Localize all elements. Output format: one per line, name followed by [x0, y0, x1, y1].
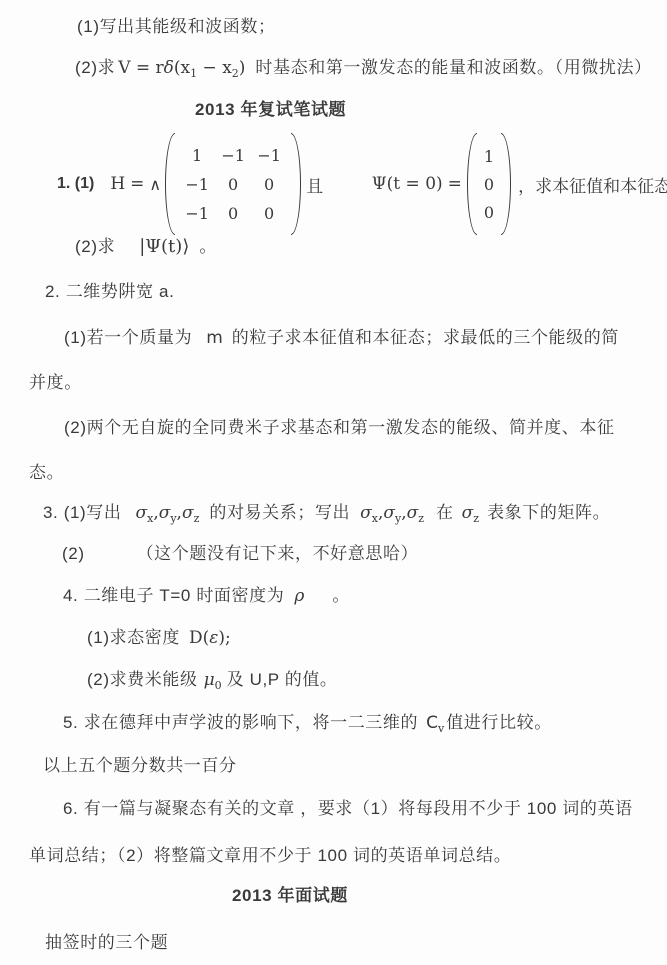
exam-notes-page: (1)写出其能级和波函数； (2)求V = rδ(x1 − x2)时基态和第一激…	[0, 0, 667, 965]
matrix-cell: 0	[264, 175, 274, 194]
q4-part1: (1)求态密度D(ε);	[87, 627, 231, 649]
q3-part2-note: （这个题没有记下来，不好意思哈）	[137, 544, 419, 563]
psi-t-ket: |Ψ(t)⟩	[139, 236, 189, 257]
epsilon-symbol: ε	[209, 628, 218, 648]
close-paren-semicolon: );	[218, 628, 230, 648]
equals-sign: =	[130, 174, 144, 194]
q3-label: 3. (1)写出	[43, 503, 121, 522]
sigma-x-symbol: σ	[135, 503, 147, 523]
q2-part1-text: (1)若一个质量为	[64, 328, 192, 347]
written-exam-title: 2013 年复试笔试题	[195, 99, 346, 121]
prev-question-part1: (1)写出其能级和波函数；	[77, 16, 276, 38]
density-of-states-D: D(	[189, 628, 209, 648]
q3-commutation-text: 的对易关系；写出	[209, 503, 350, 522]
q6-line2: 单词总结；（2）将整篇文章用不少于 100 词的英语单词总结。	[29, 845, 511, 867]
initial-state-vector: 1 0 0	[477, 147, 501, 222]
prev-question-part2: (2)求V = rδ(x1 − x2)时基态和第一激发态的能量和波函数。（用微扰…	[75, 57, 652, 85]
sub-v: v	[438, 722, 444, 735]
equals-sign: =	[448, 174, 462, 194]
mass-symbol: m	[206, 328, 223, 348]
q6-line1: 6. 有一篇与凝聚态有关的文章 ，要求（1）将每段用不少于 100 词的英语	[63, 798, 633, 820]
score-note: 以上五个题分数共一百分	[43, 755, 237, 777]
x1-term: (x	[174, 58, 190, 78]
close-paren: )	[239, 58, 246, 78]
q5-compare-text: 值进行比较。	[446, 713, 552, 732]
interview-exam-title: 2013 年面试题	[232, 885, 348, 907]
in-word: 在	[436, 503, 454, 522]
sigma-x-symbol: σ	[360, 503, 372, 523]
vector-right-paren	[501, 133, 511, 235]
sigma-y-symbol: σ	[383, 503, 395, 523]
sigma-z-symbol: σ	[182, 503, 194, 523]
matrix-cell: 1	[192, 146, 202, 165]
matrix-cell: −1	[221, 146, 245, 165]
q4-head-text: 4. 二维电子 T=0 时面密度为	[63, 586, 284, 605]
matrix-cell: −1	[185, 175, 209, 194]
q4-part1-text: (1)求态密度	[87, 628, 180, 647]
and-word: 且	[306, 172, 324, 197]
part2-text: 时基态和第一激发态的能量和波函数。（用微扰法）	[255, 58, 651, 77]
q2-head: 2. 二维势阱宽 a.	[45, 281, 174, 303]
sigma-z-symbol: σ	[407, 503, 419, 523]
q2-part1-rest: 的粒子求本征值和本征态；求最低的三个能级的简	[232, 328, 619, 347]
q4-part2-text: (2)求费米能级	[87, 670, 198, 689]
matrix-cell: 0	[228, 175, 238, 194]
q4-part2: (2)求费米能级μ0及 U,P 的值。	[87, 669, 338, 697]
matrix-cell: 0	[228, 204, 238, 223]
x2-subscript: 2	[232, 67, 239, 80]
sub-z: z	[194, 512, 200, 525]
vector-cell: 1	[484, 147, 494, 166]
vector-cell: 0	[484, 203, 494, 222]
mu-subscript-zero: 0	[215, 679, 222, 692]
q2-part2: (2)两个无自旋的全同费米子求基态和第一激发态的能级、简并度、本征	[64, 417, 615, 439]
potential-formula: V = r	[118, 58, 163, 78]
q3-part2: (2)（这个题没有记下来，不好意思哈）	[62, 543, 418, 565]
heat-capacity-C: C	[426, 713, 438, 733]
rho-symbol: ρ	[294, 586, 304, 606]
q3-part1: 3. (1)写出σx,σy,σz的对易关系；写出σx,σy,σz在σz表象下的矩…	[43, 502, 610, 530]
q2-part2-cont: 态。	[29, 462, 64, 484]
time-argument: (t = 0)	[387, 174, 443, 194]
minus-x2-term: − x	[197, 58, 232, 78]
lambda-wedge-symbol: ∧	[149, 175, 161, 194]
sub-z: z	[418, 512, 424, 525]
lottery-questions-line: 抽签时的三个题	[45, 932, 168, 954]
sub-z: z	[473, 512, 479, 525]
part2-label: (2)求	[75, 58, 115, 77]
q4-head: 4. 二维电子 T=0 时面密度为ρ。	[63, 585, 350, 607]
q3-part2-label: (2)	[62, 544, 85, 563]
psi-symbol: Ψ	[372, 174, 387, 194]
mu-symbol: μ	[204, 670, 215, 690]
hamiltonian-matrix: 1 −1 −1 −1 0 0 −1 0 0	[175, 146, 291, 223]
sigma-y-symbol: σ	[159, 503, 171, 523]
matrix-cell: −1	[185, 204, 209, 223]
q1-label: 1. (1)	[57, 175, 94, 193]
sigma-z-symbol: σ	[462, 503, 474, 523]
q1-hamiltonian-line: 1. (1) H = ∧ 1 −1 −1 −1 0 0 −1 0 0 且 Ψ (…	[57, 133, 667, 235]
delta-symbol: δ	[164, 58, 174, 78]
q5-text: 5. 求在德拜中声学波的影响下，将一二三维的Cv值进行比较。	[63, 712, 552, 740]
vector-cell: 0	[484, 175, 494, 194]
matrix-cell: −1	[257, 146, 281, 165]
q3-representation-text: 表象下的矩阵。	[487, 503, 610, 522]
matrix-cell: 0	[264, 204, 274, 223]
period: 。	[332, 586, 350, 605]
q2-part1-cont: 并度。	[29, 372, 82, 394]
q4-part2-rest: 及 U,P 的值。	[227, 670, 338, 689]
matrix-right-paren	[291, 133, 301, 235]
q1-task-text: ，求本征值和本征态。	[518, 172, 667, 197]
hamiltonian-symbol: H	[110, 174, 125, 194]
period: 。	[199, 237, 217, 256]
q2-part1: (1)若一个质量为m的粒子求本征值和本征态；求最低的三个能级的简	[64, 327, 619, 349]
q1-part2: (2)求|Ψ(t)⟩。	[75, 236, 217, 258]
vector-left-paren	[467, 133, 477, 235]
matrix-left-paren	[165, 133, 175, 235]
q1-part2-label: (2)求	[75, 237, 115, 256]
q5-main-text: 5. 求在德拜中声学波的影响下，将一二三维的	[63, 713, 418, 732]
